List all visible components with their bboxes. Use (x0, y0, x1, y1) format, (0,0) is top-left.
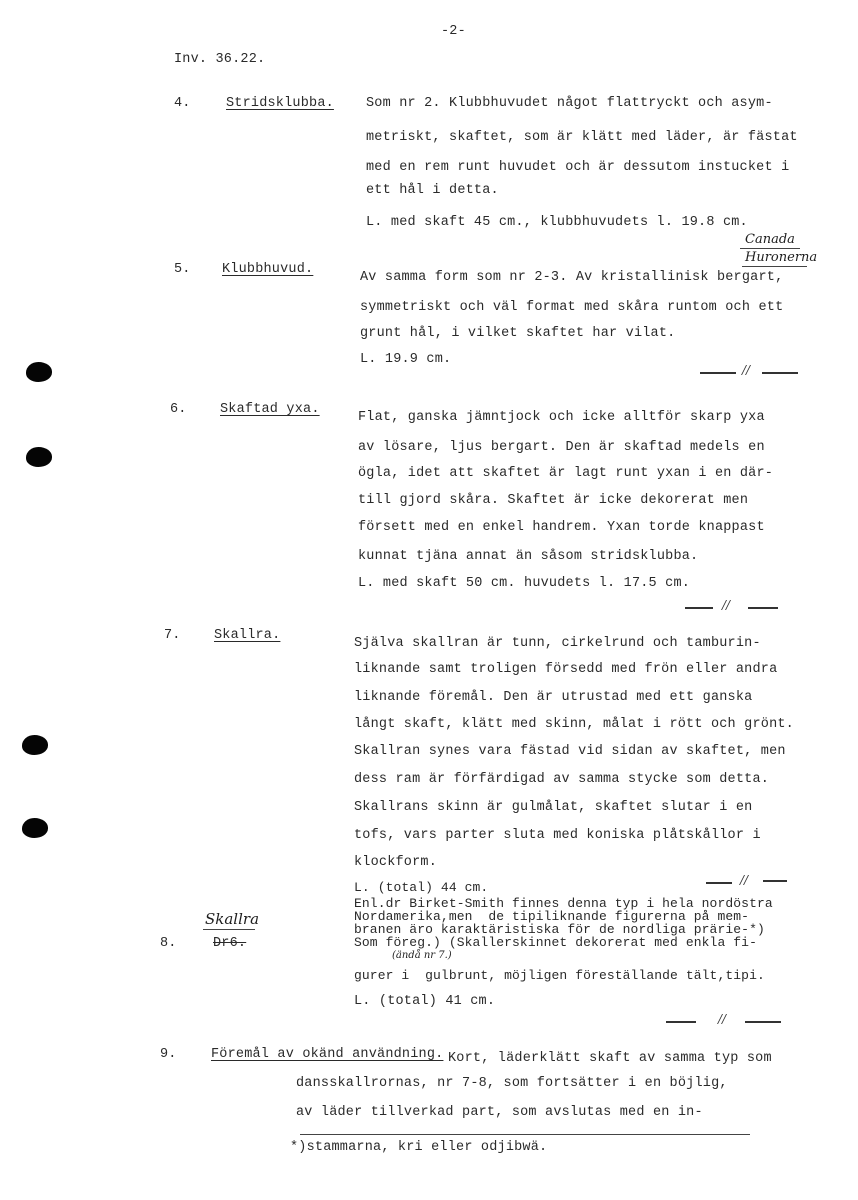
entry-line: gurer i gulbrunt, möjligen föreställande… (354, 970, 765, 983)
handwritten-underline (740, 248, 800, 249)
entry-line: kunnat tjäna annat än såsom stridsklubba… (358, 549, 698, 564)
entry-number: 7. (164, 628, 181, 643)
entry-line: Av samma form som nr 2-3. Av kristallini… (360, 270, 783, 285)
entry-number: 6. (170, 402, 187, 417)
entry-number: 5. (174, 262, 191, 277)
entry-measure: L. 19.9 cm. (360, 352, 451, 367)
punch-hole-mark (22, 735, 48, 755)
entry-measure: L. (total) 44 cm. (354, 882, 488, 895)
handwritten-annotation-huronerna: Huronerna (745, 250, 817, 265)
entry-line: dess ram är förfärdigad av samma stycke … (354, 772, 769, 787)
punch-hole-mark (22, 818, 48, 838)
entry-line: med en rem runt huvudet och är dessutom … (366, 160, 789, 175)
entry-line: Själva skallran är tunn, cirkelrund och … (354, 636, 761, 651)
entry-line: Flat, ganska jämntjock och icke alltför … (358, 410, 765, 425)
entry-line: till gjord skåra. Skaftet är icke dekore… (358, 493, 748, 508)
entry-line: försett med en enkel handrem. Yxan torde… (358, 520, 765, 535)
entry-line: Skallrans skinn är gulmålat, skaftet slu… (354, 800, 752, 815)
footnote-rule (300, 1134, 750, 1135)
entry-line: liknande föremål. Den är utrustad med et… (354, 690, 752, 705)
handwritten-annotation-canada: Canada (745, 232, 795, 247)
handwritten-insertion: (ändå nr 7.) (392, 950, 452, 961)
entry-title: Skaftad yxa. (220, 402, 320, 417)
entry-title: Skallra. (214, 628, 280, 643)
entry-line: dansskallrornas, nr 7-8, som fortsätter … (296, 1076, 728, 1091)
entry-line: klockform. (354, 855, 437, 870)
entry-line: ett hål i detta. (366, 183, 499, 198)
entry-line: ögla, idet att skaftet är lagt runt yxan… (358, 466, 773, 481)
entry-title: Föremål av okänd användning. (211, 1047, 443, 1062)
entry-line: symmetriskt och väl format med skåra run… (360, 300, 783, 315)
entry-title: Klubbhuvud. (222, 262, 313, 277)
entry-measure: L. (total) 41 cm. (354, 994, 495, 1009)
entry-line: av lösare, ljus bergart. Den är skaftad … (358, 440, 765, 455)
punch-hole-mark (26, 362, 52, 382)
inventory-number: Inv. 36.22. (174, 52, 265, 67)
entry-line: liknande samt troligen försedd med frön … (354, 662, 777, 677)
entry-title-struck: Dr6. (213, 936, 246, 951)
entry-line: Som nr 2. Klubbhuvudet något flattryckt … (366, 96, 773, 111)
handwritten-underline (742, 266, 807, 267)
entry-measure: L. med skaft 45 cm., klubbhuvudets l. 19… (366, 215, 748, 230)
entry-number: 8. (160, 936, 177, 951)
entry-number: 9. (160, 1047, 177, 1062)
page-number: -2- (441, 24, 466, 39)
handwritten-title-correction: Skallra (205, 910, 259, 928)
entry-measure: L. med skaft 50 cm. huvudets l. 17.5 cm. (358, 576, 690, 591)
punch-hole-mark (26, 447, 52, 467)
handwritten-underline (203, 929, 255, 930)
entry-line: grunt hål, i vilket skaftet har vilat. (360, 326, 675, 341)
footnote: *)stammarna, kri eller odjibwä. (290, 1140, 547, 1155)
entry-line: långt skaft, klätt med skinn, målat i rö… (354, 717, 794, 732)
entry-line: Som föreg.) (Skallerskinnet dekorerat me… (354, 937, 757, 950)
entry-number: 4. (174, 96, 191, 111)
entry-line: Kort, läderklätt skaft av samma typ som (448, 1051, 772, 1066)
entry-title: Stridsklubba. (226, 96, 334, 111)
entry-line: metriskt, skaftet, som är klätt med läde… (366, 130, 798, 145)
entry-line: tofs, vars parter sluta med koniska plåt… (354, 828, 761, 843)
entry-line: av läder tillverkad part, som avslutas m… (296, 1105, 703, 1120)
entry-line: Skallran synes vara fästad vid sidan av … (354, 744, 786, 759)
